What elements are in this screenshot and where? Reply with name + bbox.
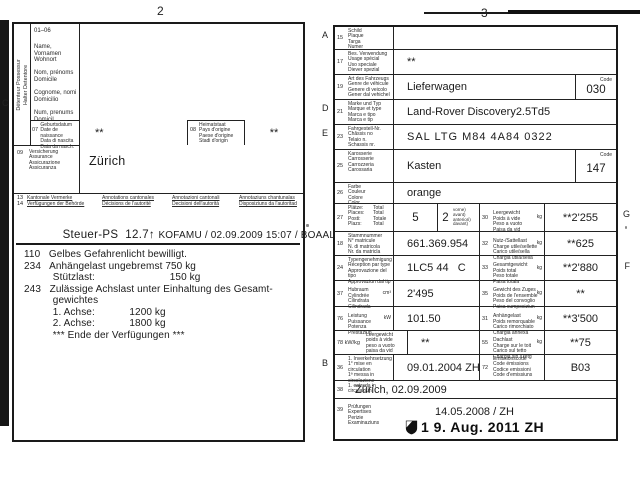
cantonal-header-it: Annotazioni cantonali Decisioni dell'aut… <box>172 196 220 207</box>
page2-number: 2 <box>157 4 164 18</box>
train-weight-value: ** <box>544 281 616 306</box>
field-18-number: 18 <box>335 232 347 255</box>
field-21-number: 21 <box>335 100 347 124</box>
row-typeapproval-totalweight: 24 Typengenehmigung Réception par type A… <box>335 256 616 281</box>
row-power-trailerload: 76 Leistung Puissance Potenza Prestaziun… <box>335 307 616 331</box>
origin-label-cell: 08 Heimatstaat Pays d'origine Paese d'or… <box>187 120 245 145</box>
row-firstregistration-emissioncode: B 36 1. Inverkehrsetzung 1° mise en circ… <box>335 355 616 381</box>
decrees-divider <box>16 243 300 245</box>
page3-form: A 15 Schild Plaque Targa Numer 17 Bes. V… <box>333 25 618 441</box>
first-registration-value: 09.01.2004 ZH <box>393 355 480 380</box>
body-code-cell: Code 147 <box>575 150 616 182</box>
field-13-14-numbers: 13 14 <box>17 196 23 207</box>
insurance-label: Versicherung Assurance Assicurazione Ass… <box>29 148 60 193</box>
roof-load-unit: kg <box>537 340 542 345</box>
field-76-number: 76 <box>335 307 347 330</box>
field-27-number: 27 <box>335 204 347 231</box>
seats-label-cell: Plätze: Places: Posti: Plazs: Total Tota… <box>347 204 393 231</box>
seats-front-cell: 2 vorne) avant) anteriori) davant) <box>437 204 479 231</box>
type-approval-label: Typengenehmigung Réception par type Appr… <box>347 256 393 280</box>
plate-value <box>393 27 616 49</box>
field-19-number: 19 <box>335 75 347 99</box>
scan-speck <box>625 226 627 229</box>
row-color: 26 Farbe Couleur Colore Color orange <box>335 183 616 204</box>
color-value: orange <box>393 183 616 203</box>
row-serial-payload: 18 Stammnummer N° matricule N. di matric… <box>335 232 616 256</box>
margin-letter-d: D <box>322 103 329 113</box>
vehicle-kind-code-cell: Code 030 <box>575 75 616 99</box>
field-08-number: 08 <box>190 121 199 145</box>
field-23-number: 23 <box>335 125 347 149</box>
serial-label: Stammnummer N° matricule N. di matricola… <box>347 232 393 255</box>
trailer-load-value: **3'500 <box>544 307 616 330</box>
roof-load-label-cell: Dachlast Charge sur le toit Carico sul t… <box>492 331 544 354</box>
trailer-load-label-cell: Anhängelast Poids remorquable Carico rim… <box>492 307 544 330</box>
inspections-label: Prüfungen Expertises Perizie Examinaziun… <box>347 399 393 439</box>
margin-letter-c: C <box>2 98 9 108</box>
type-approval-value: 1LC5 44 C <box>393 256 479 280</box>
make-type-value: Land-Rover Discovery2.5Td5 <box>393 100 616 124</box>
field-range: 01–06 <box>34 28 78 34</box>
tax-hp-entry: Steuer-PS 12.7↑ <box>63 229 159 241</box>
chassis-label: Fahrgestell-Nr. Châssis no Telaio n. Sch… <box>347 125 393 149</box>
cantonal-header-fr: Annotations cantonales Décisions de l'au… <box>102 196 154 207</box>
field-37-number: 37 <box>335 281 347 306</box>
power-label-cell: Leistung Puissance Potenza Prestaziun kW <box>347 307 393 330</box>
field-39-number: 39 <box>335 399 347 439</box>
row-issue: 38 Zürich, 02.09.2009 <box>335 381 616 399</box>
payload-value: **625 <box>544 232 616 255</box>
displacement-label-cell: Hubraum Cylindrée Cilindrata Cilindrada … <box>347 281 393 306</box>
issue-value: Zürich, 02.09.2009 <box>347 381 616 398</box>
row-make-type: D 21 Marke und Typ Marque et type Marca … <box>335 100 616 125</box>
payload-label-cell: Nutz-/Sattellast Charge utile/sellette C… <box>492 232 544 255</box>
field-07-number: 07 <box>32 121 40 145</box>
field-15-number: 15 <box>335 27 347 49</box>
seats-label: Plätze: Places: Posti: Plazs: <box>348 206 373 231</box>
cantonal-header-rm: Annotaziuns chantunalas Disposiziuns da … <box>239 196 297 207</box>
birthdate-label: Geburtsdatum Date de naissance Data di n… <box>40 121 79 145</box>
seats-front-value: 2 <box>438 204 453 231</box>
field-24-number: 24 <box>335 256 347 280</box>
curb-weight-value: **2'255 <box>544 204 616 231</box>
power-weight-label: Leergewicht poids à vide peso a vuoto pa… <box>365 331 407 354</box>
margin-letter-b: B <box>322 358 328 368</box>
body-label: Karosserie Carrosserie Carrozzeria Caros… <box>347 150 393 182</box>
curb-weight-unit: kg <box>537 215 542 220</box>
field-17-number: 17 <box>335 50 347 74</box>
origin-value: ** <box>245 121 303 145</box>
special-use-label: Bes. Verwendung Usage spécial Uso specia… <box>347 50 393 74</box>
color-label: Farbe Couleur Colore Color <box>347 183 393 203</box>
birthdate-value: ** <box>81 121 187 145</box>
row-body: 25 Karosserie Carrosserie Carrozzeria Ca… <box>335 150 616 183</box>
power-unit: kW <box>384 316 391 321</box>
decrees-text: 110 Gelbes Gefahrenlicht bewilligt. 234 … <box>24 249 300 341</box>
total-weight-unit: kg <box>537 266 542 271</box>
body-value: Kasten <box>393 150 575 182</box>
field-26-number: 26 <box>335 183 347 203</box>
curb-weight-label: Leergewicht Poids à vide Peso a vuoto Pa… <box>493 210 522 232</box>
make-type-label: Marke und Typ Marque et type Marca e tip… <box>347 100 393 124</box>
payload-unit: kg <box>537 241 542 246</box>
field-36-number: 36 <box>335 355 347 380</box>
margin-letter-g: G <box>623 209 630 219</box>
holder-vertical-label-cell: Détenteur Possessur Halter Detentore <box>14 24 31 145</box>
row-plate: A 15 Schild Plaque Targa Numer <box>335 27 616 50</box>
margin-letter-e: E <box>322 128 328 138</box>
field-31-number: 31 <box>480 307 492 330</box>
first-registration-label: 1. Inverkehrsetzung 1° mise en circulati… <box>347 355 393 380</box>
name-address-label: Name, Vornamen Wohnort Nom, prénoms Domi… <box>34 44 78 123</box>
insurance-label-cell: 09 Versicherung Assurance Assicurazione … <box>14 145 80 193</box>
vehicle-kind-code: 030 <box>576 84 616 96</box>
power-weight-value: ** <box>407 331 479 354</box>
seats-total-value: 5 <box>393 204 437 231</box>
special-use-value: ** <box>393 50 616 74</box>
inspection-stamp: 1 9. Aug. 2011 ZH <box>405 419 544 435</box>
vehicle-kind-value: Lieferwagen <box>393 75 575 99</box>
field-38-number: 38 <box>335 381 347 398</box>
train-weight-label-cell: Gewicht des Zuges Poids de l'ensemble Pe… <box>492 281 544 306</box>
page3-number: 3 <box>481 6 488 20</box>
scanned-vehicle-registration-document: { "page2": { "number": "2", "margin_lett… <box>0 0 640 480</box>
office-entry: KOFAMU / 02.09.2009 15:07 / BOAAL <box>158 230 335 241</box>
vehicle-kind-label: Art des Fahrzeugs Genre de véhicule Gene… <box>347 75 393 99</box>
holder-vertical-label-1: Détenteur Possessur <box>16 59 22 110</box>
displacement-unit: cm³ <box>383 291 391 296</box>
row-seats-curbweight: 27 Plätze: Places: Posti: Plazs: Total T… <box>335 204 616 232</box>
row-chassis: E 23 Fahrgestell-Nr. Châssis no Telaio n… <box>335 125 616 150</box>
zurich-shield-stamp-icon <box>405 420 418 435</box>
row-powerweight-roofload: 78 kW/kg Leergewicht poids à vide peso a… <box>335 331 616 355</box>
field-09-number: 09 <box>17 148 29 193</box>
seats-total-label: Total Total Totale Total <box>373 206 386 231</box>
emission-code-label: Emissionscode Code émissions Codice emis… <box>492 355 544 380</box>
margin-letter-a: A <box>322 30 328 40</box>
field-25-number: 25 <box>335 150 347 182</box>
row-vehicle-kind: 19 Art des Fahrzeugs Genre de véhicule G… <box>335 75 616 100</box>
inspection-stamp-text: 1 9. Aug. 2011 ZH <box>421 419 544 435</box>
code-header: Code <box>600 152 612 158</box>
power-value: 101.50 <box>393 307 479 330</box>
field-55-number: 55 <box>480 331 492 354</box>
row-special-use: 17 Bes. Verwendung Usage spécial Uso spe… <box>335 50 616 75</box>
roof-load-value: **75 <box>544 331 616 354</box>
cantonal-header-de: Kantonale Vermerke Verfügungen der Behör… <box>27 196 84 207</box>
code-header: Code <box>600 77 612 83</box>
chassis-value: SAL LTG M84 4A84 0322 <box>393 125 616 149</box>
field-30-number: 30 <box>480 204 492 231</box>
field-01-06-label-cell: 01–06 Name, Vornamen Wohnort Nom, prénom… <box>30 24 80 120</box>
cantonal-remarks-section: 13 14 Kantonale Vermerke Verfügungen der… <box>14 193 303 244</box>
trailer-load-unit: kg <box>537 316 542 321</box>
field-33-number: 33 <box>480 256 492 280</box>
serial-value: 661.369.954 <box>393 232 479 255</box>
body-code: 147 <box>576 163 616 175</box>
total-weight-value: **2'880 <box>544 256 616 280</box>
field-78-number: 78 kW/kg <box>335 331 365 354</box>
origin-label: Heimatstaat Pays d'origine Paese d'origi… <box>199 121 233 145</box>
field-32-number: 32 <box>480 232 492 255</box>
train-weight-unit: kg <box>537 291 542 296</box>
scan-edge-artifact <box>0 20 9 426</box>
field-72-number: 72 <box>480 355 492 380</box>
birthdate-label-cell: 07 Geburtsdatum Date de naissance Data d… <box>30 120 80 145</box>
seats-front-label: vorne) avant) anteriori) davant) <box>453 204 479 231</box>
inspection-date-value: 14.05.2008 / ZH <box>435 406 514 418</box>
emission-code-value: B03 <box>544 355 616 380</box>
curb-weight-label-cell: Leergewicht Poids à vide Peso a vuoto Pa… <box>492 204 544 231</box>
page-fold-line-dark <box>508 10 640 14</box>
holder-vertical-label-2: Halter Detentore <box>23 64 29 104</box>
row-displacement-trainweight: 37 Hubraum Cylindrée Cilindrata Cilindra… <box>335 281 616 307</box>
field-35-number: 35 <box>480 281 492 306</box>
inspections-content: 14.05.2008 / ZH 1 9. Aug. 2011 ZH <box>393 399 616 439</box>
displacement-value: 2'495 <box>393 281 479 306</box>
plate-label: Schild Plaque Targa Numer <box>347 27 393 49</box>
margin-letter-f: F <box>625 261 631 271</box>
row-inspections: 39 Prüfungen Expertises Perizie Examinaz… <box>335 399 616 439</box>
total-weight-label-cell: Gesamtgewicht Poids total Peso totale Pa… <box>492 256 544 280</box>
page2-form: Détenteur Possessur Halter Detentore 01–… <box>12 22 305 442</box>
page-fold-line <box>424 12 512 14</box>
insurance-value: Zürich <box>81 146 303 193</box>
